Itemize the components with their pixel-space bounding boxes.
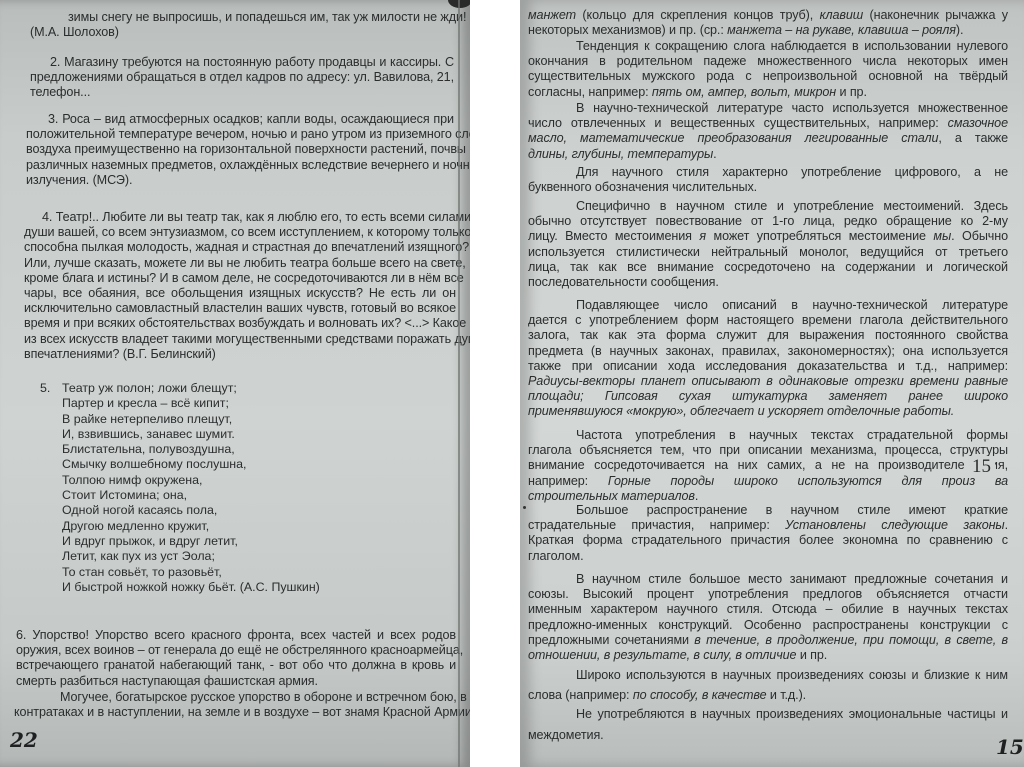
text-line: (М.А. Шолохов) <box>30 25 454 40</box>
text-line: предложными сочетаниями в течение, в про… <box>528 633 1008 648</box>
text-line: окончания в родительном падеже множестве… <box>528 54 1008 69</box>
text-line: контратаках и в наступлении, на земле и … <box>14 705 456 720</box>
text-line: впечатлениями? (В.Г. Белинский) <box>24 347 456 362</box>
text-line: излучения. (МСЭ). <box>26 173 454 188</box>
text-line: предложениями обращаться в отдел кадров … <box>30 70 454 85</box>
text-line: воздуха преимущественно на горизонтально… <box>26 142 454 157</box>
page-number-left: 22 <box>10 728 38 752</box>
poem-line: И вдруг прыжок, и вдруг летит, <box>62 534 320 549</box>
text-line: способна пылкая молодость, жадная и стра… <box>24 240 456 255</box>
text-line: оружия, всех воинов – от генерала до ещё… <box>16 643 456 658</box>
text-line: именным характером научного стиля. Отсюд… <box>528 602 1008 617</box>
text-line: Частота употребления в научных текстах с… <box>528 428 1008 443</box>
text-line: В научно-технической литературе часто ис… <box>528 101 1008 116</box>
text-line: 6. Упорство! Упорство всего красного фро… <box>16 628 456 643</box>
text-line: применявшуюся «мокрую», облегчает и уско… <box>528 404 1008 419</box>
text-line: дается с употреблением форм настоящего в… <box>528 313 1008 328</box>
paragraph-plural-abstract: В научно-технической литературе часто ис… <box>528 101 1008 162</box>
text-line: Не употребляются в научных произведениях… <box>528 704 1008 725</box>
text-line: из всех искусств владеет такими могущест… <box>24 332 456 347</box>
text-line: смерть разбиться наступающая фашистская … <box>16 674 456 689</box>
paragraph-passive-voice: Частота употребления в научных текстах с… <box>528 428 1008 504</box>
text-line: обычно отсутствует повествование от 1-го… <box>528 214 1008 229</box>
text-line: Или, лучше сказать, можете ли вы не люби… <box>24 256 456 271</box>
text-line: Могучее, богатырское русское упорство в … <box>14 690 456 705</box>
text-line: В научном стиле большое место занимают п… <box>528 572 1008 587</box>
page-number-right: 15 <box>996 735 1024 759</box>
text-line: союзы. Высокий процент употребления пред… <box>528 587 1008 602</box>
paragraph-pronouns: Специфично в научном стиле и употреблени… <box>528 199 1008 290</box>
text-line: Тенденция к сокращению слога наблюдается… <box>528 39 1008 54</box>
text-line: залога, так как эта форма служит для выр… <box>528 328 1008 343</box>
text-line: Краткая форма страдательного причастия б… <box>528 533 1008 548</box>
text-line: встречающего гранатой набегающий танк, -… <box>16 658 456 673</box>
poem-line: И, взвившись, занавес шумит. <box>62 427 320 442</box>
poem-line: В райке нетерпеливо плещут, <box>62 412 320 427</box>
text-line: души вашей, со всем энтузиазмом, со всем… <box>24 225 456 240</box>
poem-line: Летит, как пух из уст Эола; <box>62 549 320 564</box>
paragraph-interjections: Не употребляются в научных произведениях… <box>528 704 1008 746</box>
text-line: слова (например: по способу, в качестве … <box>528 685 1008 705</box>
text-line: некоторых механизмов) и пр. (ср.: манжет… <box>528 23 1008 38</box>
text-line: лица, так как все внимание сосредоточено… <box>528 260 1008 275</box>
text-line: Специфично в научном стиле и употреблени… <box>528 199 1008 214</box>
poem-line: Смычку волшебному послушна, <box>62 457 320 472</box>
right-page: манжет (кольцо для скрепления концов тру… <box>520 0 1024 767</box>
paragraph-null-ending: Тенденция к сокращению слога наблюдается… <box>528 39 1008 100</box>
text-line: отношении, в результате, в силу, в отлич… <box>528 648 1008 663</box>
paragraph-7-red-army: Могучее, богатырское русское упорство в … <box>14 690 456 720</box>
text-line: исключительно самовластный властелин ваш… <box>24 301 456 316</box>
text-line: также при описании хода исследования док… <box>528 359 1008 374</box>
paragraph-6-persistence: 6. Упорство! Упорство всего красного фро… <box>16 628 456 689</box>
text-line: 3. Роса – вид атмосферных осадков; капли… <box>26 112 454 127</box>
clip-shadow <box>448 0 470 8</box>
text-line: зимы снегу не выпросишь, и попадешься им… <box>30 10 454 25</box>
text-line: Подавляющее число описаний в научно-техн… <box>528 298 1008 313</box>
poem-line: Стоит Истомина; она, <box>62 488 320 503</box>
text-line: Для научного стиля характерно употреблен… <box>528 165 1008 180</box>
left-page: зимы снегу не выпросишь, и попадешься им… <box>0 0 470 767</box>
poem-line: Партер и кресла – всё кипит; <box>62 396 320 411</box>
poem-line: Театр уж полон; ложи блещут; <box>62 381 320 396</box>
text-line: предмета (в научных законах, правилах, з… <box>528 344 1008 359</box>
text-line: лицу. Вместо местоимения я может употреб… <box>528 229 1008 244</box>
poem-line: Толпою нимф окружена, <box>62 473 320 488</box>
text-line: время и при всяких обстоятельствах возбу… <box>24 316 456 331</box>
text-line: междометия. <box>528 725 1008 746</box>
paragraph-present-tense: Подавляющее число описаний в научно-техн… <box>528 298 1008 420</box>
text-line: согласны, например: пять ом, ампер, воль… <box>528 85 1008 100</box>
text-line: глагола объясняется тем, что при описани… <box>528 443 1008 458</box>
text-line: положительной температуре вечером, ночью… <box>26 127 454 142</box>
text-line: Радиусы-векторы планет описывают в одина… <box>528 374 1008 389</box>
text-line: чары, все обаяния, все обольщения изящны… <box>24 286 456 301</box>
speck <box>523 506 526 509</box>
poem-line: И быстрой ножкой ножку бьёт. (А.С. Пушки… <box>62 580 320 595</box>
text-line: число отвлеченных и вещественных существ… <box>528 116 1008 131</box>
text-line: последовательности сообщения. <box>528 275 1008 290</box>
text-line: внимание сосредоточивается на них самих,… <box>528 458 1008 473</box>
poem-lines: Театр уж полон; ложи блещут;Партер и кре… <box>62 381 320 595</box>
poem-line: Блистательна, полувоздушна, <box>62 442 320 457</box>
text-line: страдательные причастия, например: Устан… <box>528 518 1008 533</box>
text-line: 2. Магазину требуются на постоянную рабо… <box>30 55 454 70</box>
poem-line: Другою медленно кружит, <box>62 519 320 534</box>
text-line: манжет (кольцо для скрепления концов тру… <box>528 8 1008 23</box>
text-line: существительных мужского рода с непроизв… <box>528 69 1008 84</box>
paragraph-2-shop-ad: 2. Магазину требуются на постоянную рабо… <box>30 55 454 101</box>
text-line: телефон... <box>30 85 454 100</box>
text-line: площади; Гипсовая сухая штукатурка замен… <box>528 389 1008 404</box>
text-line: масло, математические преобразования лег… <box>528 131 1008 146</box>
text-line: кроме блага и истины? И в самом деле, не… <box>24 271 456 286</box>
text-line: Широко используются в научных произведен… <box>528 665 1008 685</box>
paragraph-manzhet-klavish: манжет (кольцо для скрепления концов тру… <box>528 8 1008 38</box>
text-line: используется стилистически нейтральный м… <box>528 245 1008 260</box>
text-line: буквенного обозначения числительных. <box>528 180 1008 195</box>
text-line: строительных материалов. <box>528 489 1008 504</box>
poem-number: 5. <box>40 381 50 396</box>
text-line: различных наземных предметов, охлаждённы… <box>26 158 454 173</box>
paragraph-3-dew: 3. Роса – вид атмосферных осадков; капли… <box>26 112 454 188</box>
text-line: Большое распространение в научном стиле … <box>528 503 1008 518</box>
text-line: например: Горные породы широко использую… <box>528 474 1008 489</box>
paragraph-short-participles: Большое распространение в научном стиле … <box>528 503 1008 564</box>
paragraph-numerals: Для научного стиля характерно употреблен… <box>528 165 1008 195</box>
text-line: глаголом. <box>528 549 1008 564</box>
poem-line: Одной ногой касаясь пола, <box>62 503 320 518</box>
page-stamp-15: 15 <box>968 456 995 478</box>
paragraph-prepositions: В научном стиле большое место занимают п… <box>528 572 1008 663</box>
text-line: 4. Театр!.. Любите ли вы театр так, как … <box>24 210 456 225</box>
paragraph-conjunctions: Широко используются в научных произведен… <box>528 665 1008 705</box>
poem-line: То стан совьёт, то разовьёт, <box>62 565 320 580</box>
page-gutter <box>470 0 520 767</box>
text-line: предложно-именных конструкций. Особенно … <box>528 618 1008 633</box>
paragraph-sholokhov-ending: зимы снегу не выпросишь, и попадешься им… <box>30 10 454 40</box>
paragraph-4-theatre-belinsky: 4. Театр!.. Любите ли вы театр так, как … <box>24 210 456 362</box>
text-line: длины, глубины, температуры. <box>528 147 1008 162</box>
